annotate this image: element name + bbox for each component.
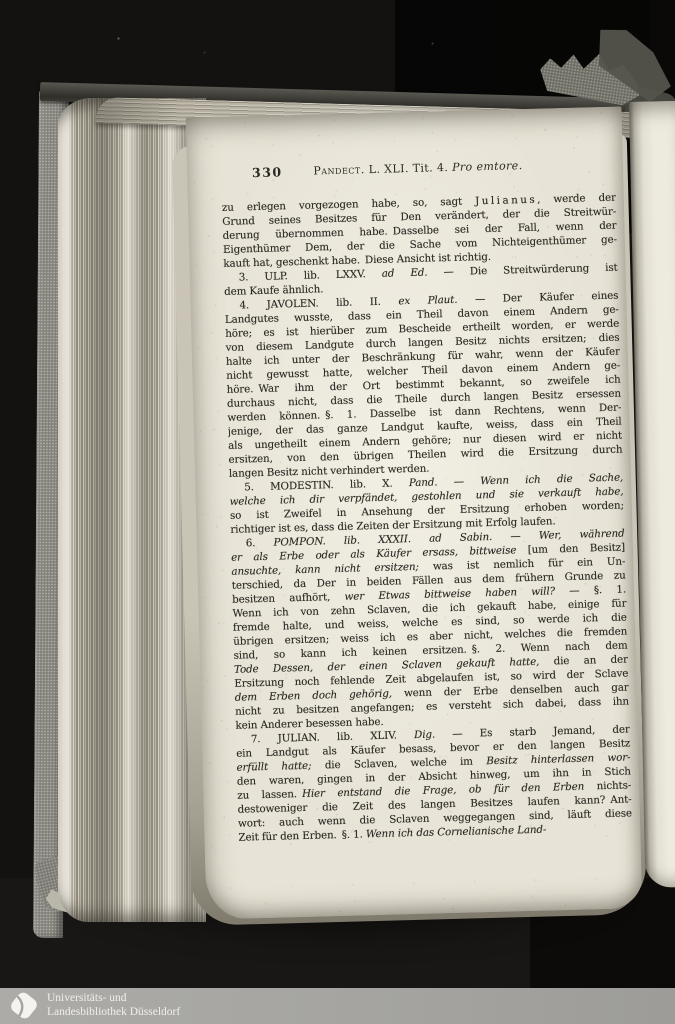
- text-segment: Julianus: [475, 194, 537, 208]
- text-segment: Pandect.: [313, 163, 365, 177]
- text-segment: 3. ULP. lib. LXXV.: [239, 268, 382, 284]
- text-segment: L. XLI. Tit. 4.: [365, 161, 453, 176]
- page-body-text: zu erlegen vorgezogen habe, so, sagt Jul…: [222, 191, 633, 845]
- book-page: 330 Pandect. L. XLI. Tit. 4. Pro emtore.…: [186, 106, 643, 919]
- text-segment: Zeit für den Erben. §. 1.: [238, 828, 366, 843]
- text-segment: ad Ed.: [382, 267, 428, 280]
- text-segment: Wer, während: [539, 527, 625, 541]
- dust-specks: [0, 0, 1, 1]
- text-segment: Pand.: [409, 476, 438, 489]
- page-number: 330: [252, 164, 283, 180]
- text-segment: ex Plaut.: [398, 294, 457, 308]
- text-segment: die an der: [539, 653, 628, 667]
- text-segment: Wenn ich das Cornelianische Land-: [366, 824, 547, 841]
- text-segment: — §. 1.: [555, 583, 626, 597]
- library-name-line1: Universitäts- und: [47, 991, 180, 1005]
- library-name-line2: Landesbibliothek Düsseldorf: [47, 1005, 180, 1019]
- text-segment: zu lassen.: [237, 788, 302, 802]
- library-name: Universitäts- und Landesbibliothek Düsse…: [47, 991, 180, 1019]
- page-header: 330 Pandect. L. XLI. Tit. 4. Pro emtore.: [221, 157, 615, 183]
- text-segment: —: [437, 475, 480, 488]
- text-segment: —: [492, 530, 539, 543]
- ulb-logo-icon: [7, 990, 41, 1022]
- text-segment: Dig.: [414, 729, 435, 742]
- library-banner: Universitäts- und Landesbibliothek Düsse…: [0, 988, 675, 1024]
- text-segment: , werde der: [537, 192, 616, 206]
- text-segment: nichts-: [584, 779, 631, 792]
- text-segment: erfüllt hatte;: [236, 760, 311, 774]
- printed-page-content: 330 Pandect. L. XLI. Tit. 4. Pro emtore.…: [186, 106, 643, 919]
- text-segment: 6.: [246, 537, 274, 550]
- text-segment: Pro emtore.: [452, 159, 523, 174]
- book-scan-photo: 330 Pandect. L. XLI. Tit. 4. Pro emtore.…: [0, 0, 675, 1024]
